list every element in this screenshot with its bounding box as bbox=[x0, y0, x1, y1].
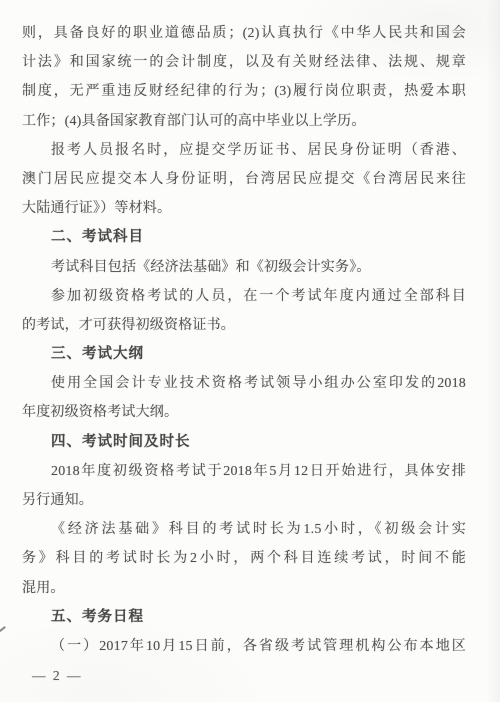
section-heading: 三、考试大纲 bbox=[22, 340, 466, 369]
page-number: — 2 — bbox=[22, 661, 466, 690]
text-line: 务》科目的考试时长为2小时，两个科目连续考试，时间不能 bbox=[22, 544, 466, 573]
text-line: 的考试，才可获得初级资格证书。 bbox=[22, 311, 466, 340]
text-line: 工作；(4)具备国家教育部门认可的高中毕业以上学历。 bbox=[22, 107, 466, 136]
text-line: 另行通知。 bbox=[22, 486, 466, 515]
section-heading: 四、考试时间及时长 bbox=[22, 428, 466, 457]
scan-artifact-mark bbox=[0, 626, 6, 632]
text-line: 则，具备良好的职业道德品质；(2)认真执行《中华人民共和国会 bbox=[22, 19, 466, 48]
document-text: 则，具备良好的职业道德品质；(2)认真执行《中华人民共和国会计法》和国家统一的会… bbox=[22, 19, 466, 690]
section-heading: 二、考试科目 bbox=[22, 223, 466, 252]
section-heading: 五、考务日程 bbox=[22, 603, 466, 632]
text-line: 报考人员报名时，应提交学历证书、居民身份证明（香港、 bbox=[22, 136, 466, 165]
text-line: 2018年度初级资格考试于2018年5月12日开始进行，具体安排 bbox=[22, 457, 466, 486]
text-line: 混用。 bbox=[22, 574, 466, 603]
text-line: 参加初级资格考试的人员，在一个考试年度内通过全部科目 bbox=[22, 282, 466, 311]
document-page: 则，具备良好的职业道德品质；(2)认真执行《中华人民共和国会计法》和国家统一的会… bbox=[0, 0, 500, 702]
text-line: （一）2017年10月15日前，各省级考试管理机构公布本地区 bbox=[22, 632, 466, 661]
text-line: 制度，无严重违反财经纪律的行为；(3)履行岗位职责，热爱本职 bbox=[22, 77, 466, 106]
text-line: 计法》和国家统一的会计制度，以及有关财经法律、法规、规章 bbox=[22, 48, 466, 77]
text-line: 澳门居民应提交本人身份证明，台湾居民应提交《台湾居民来往 bbox=[22, 165, 466, 194]
text-line: 年度初级资格考试大纲。 bbox=[22, 398, 466, 427]
text-line: 使用全国会计专业技术资格考试领导小组办公室印发的2018 bbox=[22, 369, 466, 398]
text-line: 大陆通行证》）等材料。 bbox=[22, 194, 466, 223]
text-line: 《经济法基础》科目的考试时长为1.5小时，《初级会计实 bbox=[22, 515, 466, 544]
text-line: 考试科目包括《经济法基础》和《初级会计实务》。 bbox=[22, 253, 466, 282]
